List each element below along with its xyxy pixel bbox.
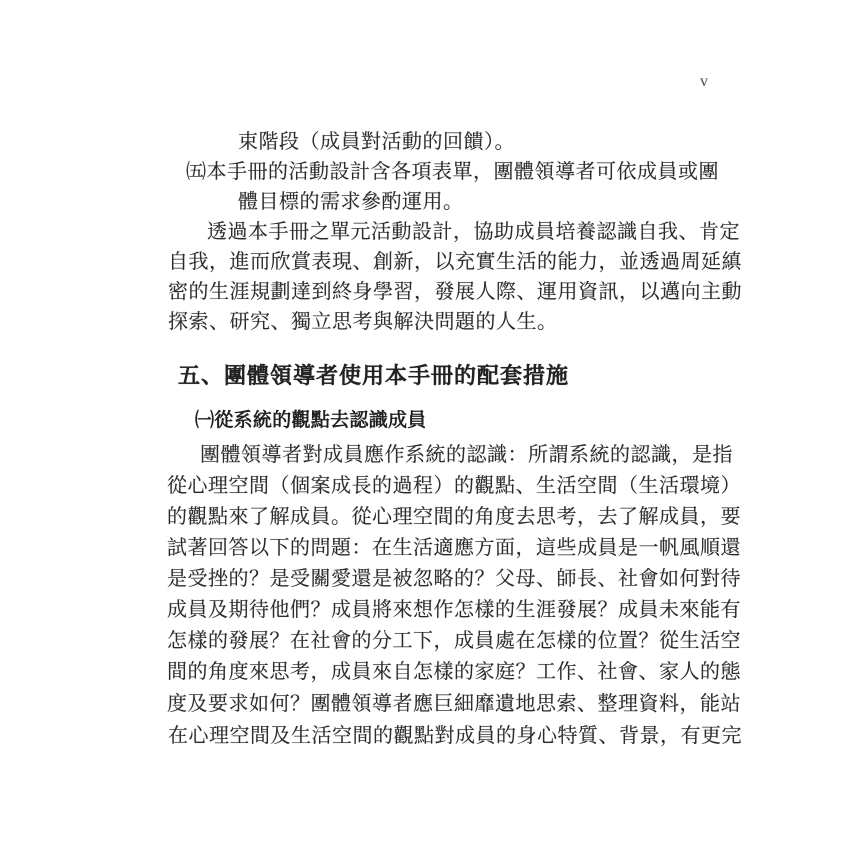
subsection-heading: ㈠從系統的觀點去認識成員 bbox=[195, 406, 427, 436]
intro-paragraph-line: 自我，進而欣賞表現、創新，以充實生活的能力，並透過周延縝 bbox=[168, 247, 742, 277]
body-paragraph-line: 間的角度來思考，成員來自怎樣的家庭？工作、社會、家人的態 bbox=[167, 657, 741, 687]
body-paragraph-line: 的觀點來了解成員。從心理空間的角度去思考，去了解成員，要 bbox=[167, 502, 741, 532]
section-heading: 五、團體領導者使用本手冊的配套措施 bbox=[178, 361, 569, 391]
list-item-five-line: 體目標的需求參酌運用。 bbox=[238, 187, 464, 217]
scanned-book-page: v 束階段（成員對活動的回饋）。 ㈤本手冊的活動設計含各項表單，團體領導者可依成… bbox=[0, 0, 850, 850]
intro-paragraph-line: 透過本手冊之單元活動設計，協助成員培養認識自我、肯定 bbox=[207, 217, 740, 247]
list-item-continuation-line: 束階段（成員對活動的回饋）。 bbox=[238, 127, 515, 157]
body-paragraph-line: 怎樣的發展？在社會的分工下，成員處在怎樣的位置？從生活空 bbox=[167, 626, 741, 656]
body-paragraph-line: 成員及期待他們？成員將來想作怎樣的生涯發展？成員未來能有 bbox=[167, 595, 741, 625]
body-paragraph-line: 是受挫的？是受關愛還是被忽略的？父母、師長、社會如何對待 bbox=[167, 564, 741, 594]
body-paragraph-line: 在心理空間及生活空間的觀點對成員的身心特質、背景，有更完 bbox=[168, 721, 742, 751]
body-paragraph-line: 試著回答以下的問題：在生活適應方面，這些成員是一帆風順還 bbox=[167, 533, 741, 563]
body-paragraph-line: 從心理空間（個案成長的過程）的觀點、生活空間（生活環境） bbox=[167, 471, 741, 501]
intro-paragraph-line: 探索、研究、獨立思考與解決問題的人生。 bbox=[168, 307, 558, 337]
list-item-five-line: ㈤本手冊的活動設計含各項表單，團體領導者可依成員或團 bbox=[186, 157, 719, 187]
body-paragraph-line: 團體領導者對成員應作系統的認識：所謂系統的認識，是指 bbox=[200, 440, 733, 470]
page-number: v bbox=[700, 72, 708, 92]
intro-paragraph-line: 密的生涯規劃達到終身學習，發展人際、運用資訊，以邁向主動 bbox=[168, 277, 742, 307]
body-paragraph-line: 度及要求如何？團體領導者應巨細靡遺地思索、整理資料，能站 bbox=[167, 689, 741, 719]
